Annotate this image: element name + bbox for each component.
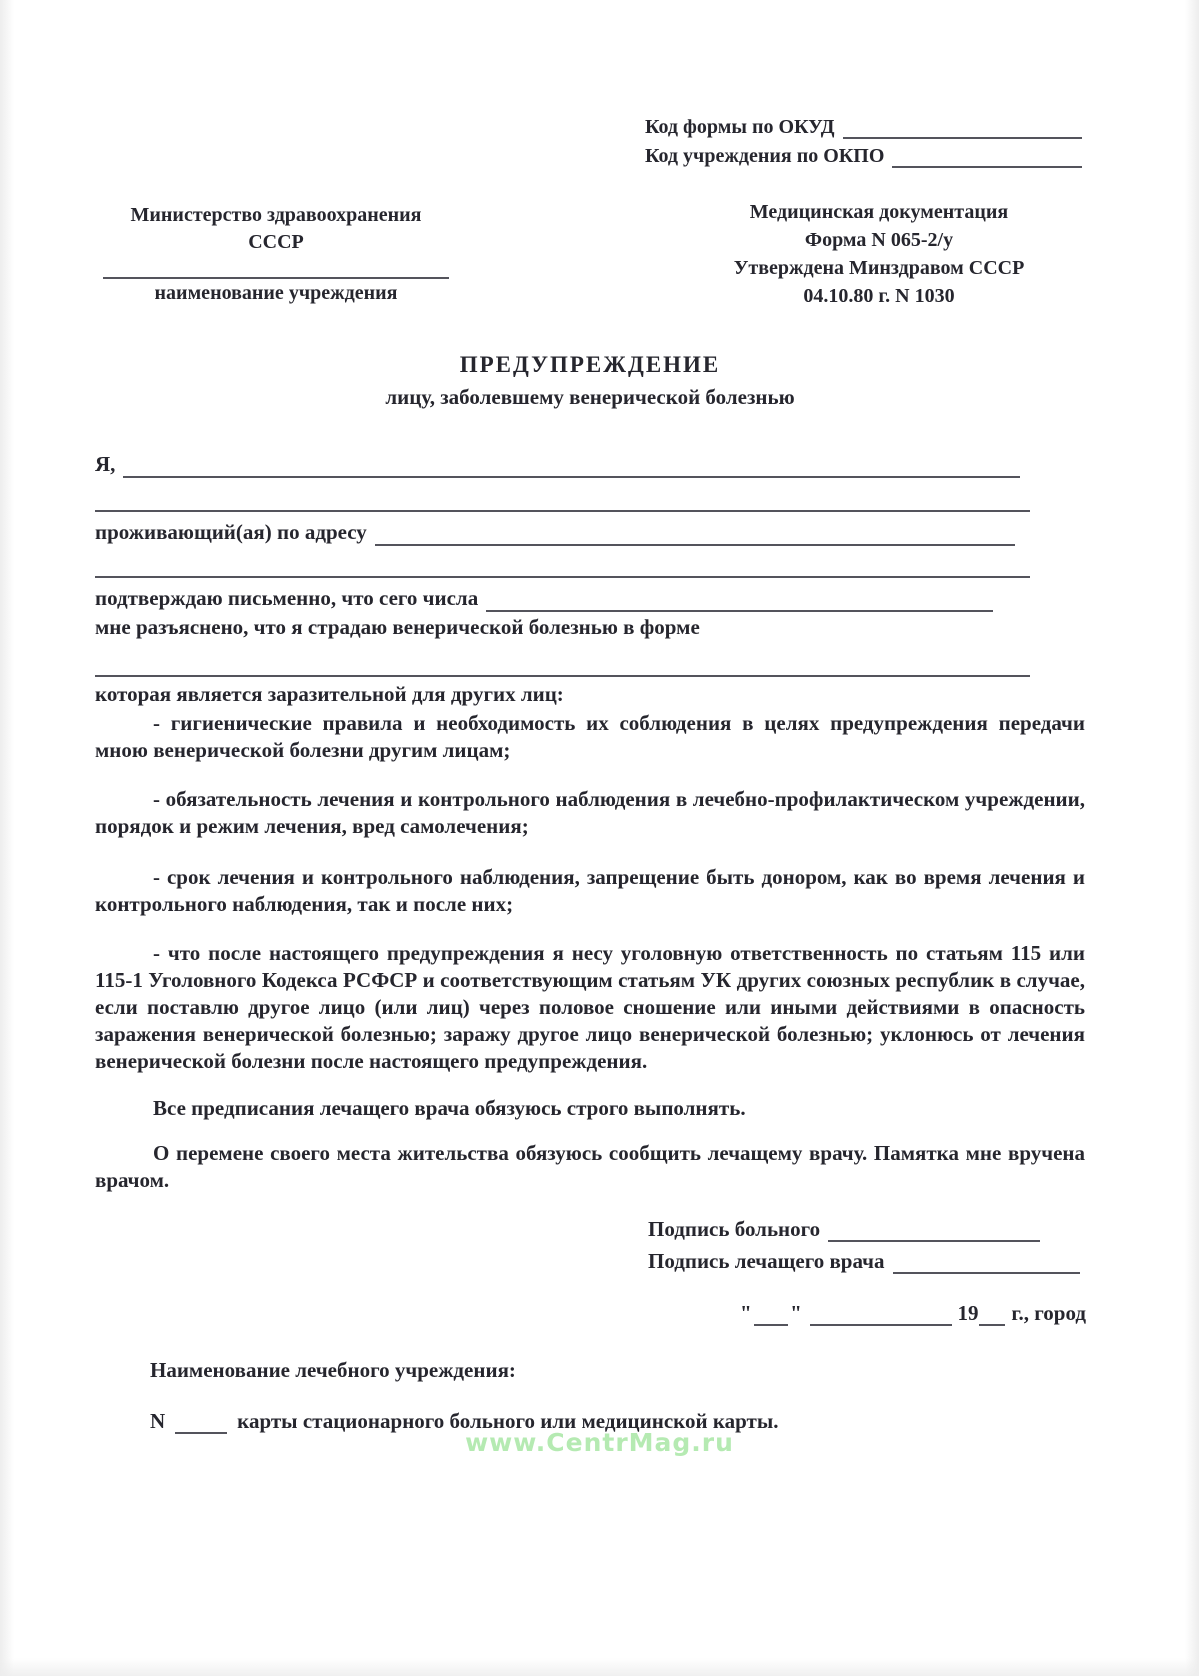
- address-blank-line-2: [95, 552, 1030, 578]
- name-continuation-row: [95, 484, 1085, 512]
- okud-code-row: Код формы по ОКУД: [645, 110, 1082, 139]
- date-open-quote: ": [738, 1301, 754, 1326]
- approved-by-line: Утверждена Минздравом СССР: [668, 254, 1090, 282]
- patient-signature-blank-line: [828, 1216, 1040, 1242]
- address-row: проживающий(ая) по адресу: [95, 516, 1085, 546]
- bullet-donor: - срок лечения и контрольного наблюдения…: [95, 864, 1085, 918]
- explained-line: мне разъяснено, что я страдаю венерическ…: [95, 614, 1085, 641]
- date-month-blank-line: [810, 1300, 952, 1326]
- okpo-code-row: Код учреждения по ОКПО: [645, 139, 1082, 168]
- date-year-prefix: 19: [958, 1301, 979, 1326]
- ministry-block: Министерство здравоохранения СССР наимен…: [95, 202, 457, 307]
- name-blank-line-2: [95, 486, 1030, 512]
- ministry-line1: Министерство здравоохранения: [95, 202, 457, 229]
- okpo-code-label: Код учреждения по ОКПО: [645, 145, 892, 168]
- patient-signature-row: Подпись больного: [648, 1212, 1040, 1242]
- confirm-date-blank-line: [486, 586, 993, 612]
- doctor-signature-label: Подпись лечащего врача: [648, 1249, 893, 1274]
- confirm-label: подтверждаю письменно, что сего числа: [95, 585, 486, 612]
- okud-code-blank-line: [843, 113, 1082, 139]
- centrmag-watermark: www.CentrMag.ru: [0, 1428, 1199, 1457]
- date-close-quote: ": [788, 1301, 804, 1326]
- bullet-criminal: - что после настоящего предупреждения я …: [95, 940, 1085, 1075]
- scanned-form-page: Код формы по ОКУД Код учреждения по ОКПО…: [0, 0, 1199, 1676]
- ministry-line2: СССР: [95, 229, 457, 256]
- approval-date-line: 04.10.80 г. N 1030: [668, 282, 1090, 310]
- address-continuation-row: [95, 550, 1085, 578]
- institution-name-caption: наименование учреждения: [95, 280, 457, 307]
- bullet-treatment: - обязательность лечения и контрольного …: [95, 786, 1085, 840]
- medical-documentation-line: Медицинская документация: [668, 198, 1090, 226]
- date-row: " " 19 г., город: [738, 1296, 1086, 1326]
- confirm-date-row: подтверждаю письменно, что сего числа: [95, 582, 1085, 612]
- date-day-blank-line: [754, 1300, 788, 1326]
- patient-signature-label: Подпись больного: [648, 1217, 828, 1242]
- okud-code-label: Код формы по ОКУД: [645, 116, 843, 139]
- document-title: ПРЕДУПРЕЖДЕНИЕ: [95, 352, 1085, 378]
- disease-form-blank-line: [95, 651, 1030, 677]
- date-suffix: г., город: [1011, 1301, 1086, 1326]
- title-block: ПРЕДУПРЕЖДЕНИЕ лицу, заболевшему венерич…: [95, 352, 1085, 410]
- document-subtitle: лицу, заболевшему венерической болезнью: [95, 385, 1085, 410]
- form-number-line: Форма N 065-2/у: [668, 226, 1090, 254]
- name-row: Я,: [95, 448, 1085, 478]
- i-label: Я,: [95, 451, 123, 478]
- address-blank-line: [375, 520, 1015, 546]
- form-body: Я, проживающий(ая) по адресу подтверждаю…: [95, 448, 1085, 1194]
- para-residence: О перемене своего места жительства обязу…: [95, 1140, 1085, 1194]
- address-label: проживающий(ая) по адресу: [95, 519, 375, 546]
- name-blank-line: [123, 452, 1020, 478]
- disease-form-row: [95, 649, 1085, 677]
- form-codes-block: Код формы по ОКУД Код учреждения по ОКПО: [645, 110, 1082, 168]
- institution-name-blank-line: [103, 276, 449, 279]
- form-approval-block: Медицинская документация Форма N 065-2/у…: [668, 198, 1090, 310]
- contagious-line: которая является заразительной для други…: [95, 681, 1085, 708]
- doctor-signature-row: Подпись лечащего врача: [648, 1244, 1080, 1274]
- doctor-signature-blank-line: [893, 1248, 1081, 1274]
- okpo-code-blank-line: [892, 142, 1082, 168]
- signatures-block: Подпись больного Подпись лечащего врача: [648, 1212, 1080, 1274]
- date-year-blank-line: [979, 1300, 1006, 1326]
- institution-footer-label: Наименование лечебного учреждения:: [150, 1358, 516, 1383]
- bullet-hygiene: - гигиенические правила и необходимость …: [95, 710, 1085, 764]
- para-obligation: Все предписания лечащего врача обязуюсь …: [95, 1095, 1085, 1122]
